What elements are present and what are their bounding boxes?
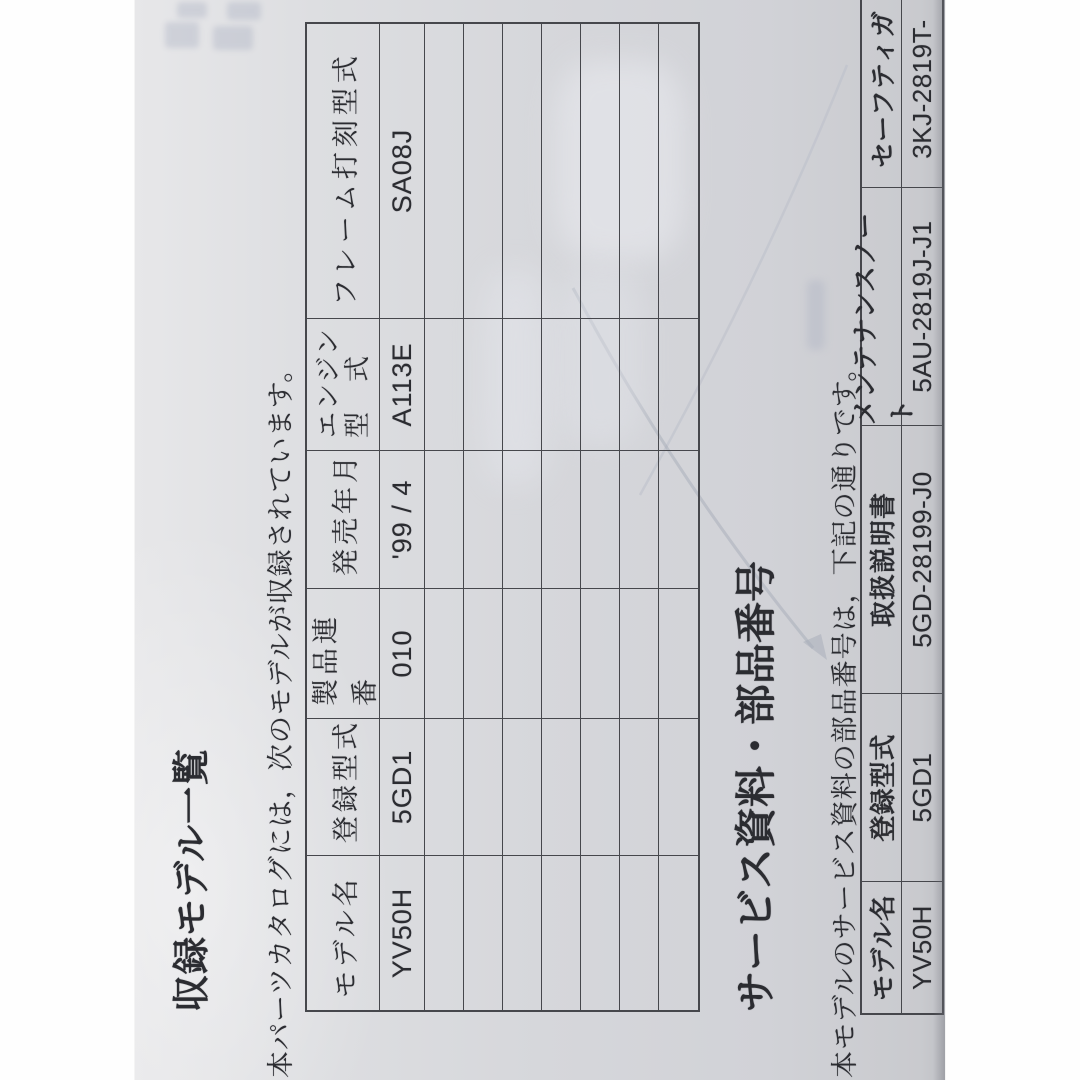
column-header-release-date: 発売年月 (307, 450, 380, 588)
cell-owners-manual-number: 5GD-28199-J0 (902, 425, 942, 693)
page-title: 収録モデル一覧 (161, 748, 215, 1012)
empty-cell (659, 318, 698, 450)
empty-cell (464, 450, 503, 588)
cell-registered-type: 5GD1 (380, 718, 425, 855)
empty-cell (542, 24, 581, 318)
empty-cell (581, 450, 620, 588)
empty-cell (659, 718, 698, 855)
empty-cell (659, 24, 698, 318)
empty-cell (581, 855, 620, 1010)
empty-cell (659, 855, 698, 1010)
empty-cell (464, 318, 503, 450)
empty-cell (425, 855, 464, 1010)
ghost-text-smudge (807, 280, 825, 350)
empty-cell (542, 718, 581, 855)
section2-title: サービス資料・部品番号 (723, 561, 782, 1012)
ghost-kanji-smudge (227, 2, 261, 20)
catalog-page: 収録モデル一覧 本パーツカタログには，次のモデルが収録されています。 モデル名 … (135, 0, 945, 1080)
cell-maintenance-note-number: 5AU-2819J-J1 (902, 187, 942, 425)
empty-cell (620, 588, 659, 718)
empty-cell (581, 718, 620, 855)
cell-model-name: YV50H (380, 855, 425, 1010)
empty-cell (581, 318, 620, 450)
column-header-frame-stamp-type: フレーム打刻型式 (307, 24, 380, 318)
empty-cell (542, 855, 581, 1010)
section1-intro-text: 本パーツカタログには，次のモデルが収録されています。 (259, 355, 298, 1078)
service-parts-table: モデル名 登録型式 取扱説明書 メンテナンスノート セーフティガ YV50H 5… (860, 0, 944, 1015)
empty-cell (503, 450, 542, 588)
empty-cell (464, 718, 503, 855)
column-header-model-name: モデル名 (307, 855, 380, 1010)
empty-cell (620, 450, 659, 588)
empty-cell (503, 588, 542, 718)
empty-cell (464, 24, 503, 318)
empty-cell (503, 24, 542, 318)
empty-cell (503, 855, 542, 1010)
empty-cell (425, 24, 464, 318)
column-header-owners-manual: 取扱説明書 (862, 425, 902, 693)
empty-cell (542, 318, 581, 450)
empty-cell (659, 450, 698, 588)
column-header-registered-type: 登録型式 (307, 718, 380, 855)
empty-cell (425, 318, 464, 450)
empty-cell (542, 588, 581, 718)
column-header-registered-type: 登録型式 (862, 693, 902, 881)
cell-frame-stamp-type: SA08J (380, 24, 425, 318)
column-header-model-name: モデル名 (862, 881, 902, 1013)
empty-cell (425, 718, 464, 855)
cell-release-date: '99 / 4 (380, 450, 425, 588)
empty-cell (620, 318, 659, 450)
empty-cell (620, 855, 659, 1010)
ghost-kanji-smudge (177, 2, 207, 18)
column-header-product-serial: 製品連番 (307, 588, 380, 718)
cell-safety-guide-number: 3KJ-2819T- (902, 0, 942, 187)
cell-registered-type: 5GD1 (902, 693, 942, 881)
empty-cell (425, 588, 464, 718)
column-header-maintenance-note: メンテナンスノート (862, 187, 902, 425)
empty-cell (464, 855, 503, 1010)
empty-cell (542, 450, 581, 588)
empty-cell (620, 718, 659, 855)
empty-cell (581, 588, 620, 718)
cell-model-name: YV50H (902, 881, 942, 1013)
column-header-safety-guide: セーフティガ (862, 0, 902, 187)
column-header-engine-type: エンジン 型 式 (307, 318, 380, 450)
ghost-kanji-smudge (213, 26, 253, 50)
empty-cell (425, 450, 464, 588)
empty-cell (581, 24, 620, 318)
cell-engine-type: A113E (380, 318, 425, 450)
photo-canvas: 収録モデル一覧 本パーツカタログには，次のモデルが収録されています。 モデル名 … (0, 0, 1080, 1080)
empty-cell (503, 718, 542, 855)
empty-cell (659, 588, 698, 718)
empty-cell (503, 318, 542, 450)
empty-cell (620, 24, 659, 318)
ghost-kanji-smudge (165, 22, 199, 48)
empty-cell (464, 588, 503, 718)
model-list-table: モデル名 登録型式 製品連番 発売年月 エンジン 型 式 フレーム打刻型式 YV… (305, 22, 700, 1012)
section2-intro-text: 本モデルのサービス資料の部品番号は，下記の通りです。 (823, 354, 862, 1079)
cell-product-serial: 010 (380, 588, 425, 718)
